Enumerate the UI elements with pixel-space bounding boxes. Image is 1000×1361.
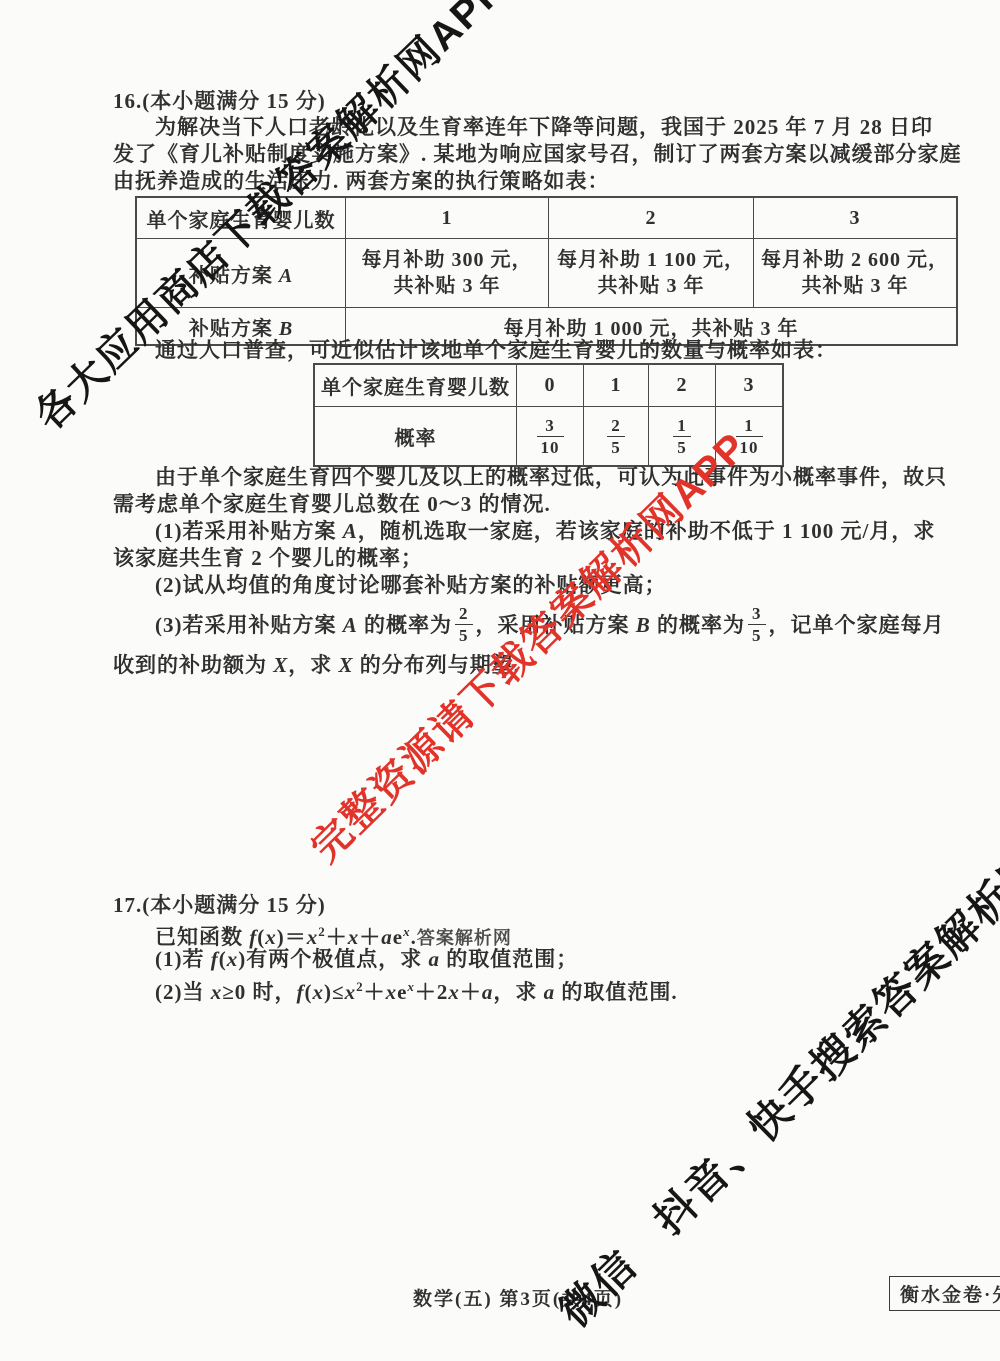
fraction-denominator: 5 — [748, 625, 766, 644]
q16-census-line: 通过人口普查，可近似估计该地单个家庭生育婴儿的数量与概率如表： — [113, 337, 837, 364]
table-row: 补贴方案 A 每月补助 300 元， 共补贴 3 年 每月补助 1 100 元，… — [136, 239, 957, 308]
fraction-numerator: 2 — [607, 417, 625, 437]
fraction: 3 10 — [537, 417, 564, 456]
fraction-numerator: 3 — [748, 605, 766, 625]
fraction-denominator: 10 — [537, 437, 564, 456]
table1-header-3: 3 — [754, 197, 958, 239]
q16-intro-line-1: 为解决当下人口老龄化以及生育率连年下降等问题，我国于 2025 年 7 月 28… — [113, 114, 962, 141]
plan-a-cell-3: 每月补助 2 600 元， 共补贴 3 年 — [754, 239, 958, 308]
table2-header-label: 单个家庭生育婴儿数 — [314, 364, 517, 407]
q16-title: 16.(本小题满分 15 分) — [113, 88, 326, 114]
fraction-numerator: 1 — [736, 417, 763, 437]
watermark-bottom-right: 微信 抖音、快手搜索答案解析网 — [544, 833, 1000, 1338]
q16-part1-line-2: 该家庭共生育 2 个婴儿的概率； — [113, 545, 935, 572]
q17-title: 17.(本小题满分 15 分) — [113, 892, 326, 918]
q16-part1: (1)若采用补贴方案 A，随机选取一家庭，若该家庭的补助不低于 1 100 元/… — [113, 518, 935, 572]
table1-header-2: 2 — [549, 197, 754, 239]
q17-part2: (2)当 x≥0 时，f(x)≤x2＋xex＋2x＋a，求 a 的取值范围. — [155, 973, 678, 1006]
table2-header-3: 3 — [716, 364, 784, 407]
q16-note-line-2: 需考虑单个家庭生育婴儿总数在 0～3 的情况. — [113, 491, 947, 518]
footer-brand-box: 衡水金卷·先 — [889, 1276, 1000, 1311]
inline-watermark: 答案解析网 — [417, 928, 512, 948]
table2-header-2: 2 — [649, 364, 716, 407]
fraction-denominator: 5 — [455, 625, 473, 644]
table-row: 单个家庭生育婴儿数 0 1 2 3 — [314, 364, 783, 407]
table1-header-1: 1 — [346, 197, 549, 239]
fraction-numerator: 2 — [455, 605, 473, 625]
q16-intro-line-2: 发了《育儿补贴制度实施方案》. 某地为响应国家号召，制订了两套方案以减缓部分家庭 — [113, 141, 962, 168]
table2-header-1: 1 — [584, 364, 649, 407]
q17-part1: (1)若 f(x)有两个极值点，求 a 的取值范围； — [155, 946, 578, 973]
plan-a-cell-2-line1: 每月补助 1 100 元， — [553, 247, 749, 273]
q16-part3-seg3: ，记单个家庭每月 — [769, 609, 945, 639]
plan-a-cell-1-line1: 每月补助 300 元， — [350, 247, 544, 273]
plan-a-cell-1-line2: 共补贴 3 年 — [350, 273, 544, 299]
fraction-numerator: 1 — [673, 417, 691, 437]
plan-a-cell-2-line2: 共补贴 3 年 — [553, 273, 749, 299]
q16-intro: 为解决当下人口老龄化以及生育率连年下降等问题，我国于 2025 年 7 月 28… — [113, 114, 962, 195]
plan-a-cell-3-line2: 共补贴 3 年 — [758, 273, 952, 299]
fraction: 2 5 — [455, 605, 473, 644]
fraction-denominator: 5 — [607, 437, 625, 456]
exam-page: 16.(本小题满分 15 分) 为解决当下人口老龄化以及生育率连年下降等问题，我… — [0, 0, 1000, 1361]
q16-part1-line-1: (1)若采用补贴方案 A，随机选取一家庭，若该家庭的补助不低于 1 100 元/… — [113, 518, 935, 545]
q16-note-line-1: 由于单个家庭生育四个婴儿及以上的概率过低，可认为此事件为小概率事件，故只 — [113, 464, 947, 491]
probability-cell-0: 3 10 — [517, 407, 584, 467]
table2-header-0: 0 — [517, 364, 584, 407]
fraction: 2 5 — [607, 417, 625, 456]
q16-part3-seg1: (3)若采用补贴方案 A 的概率为 — [155, 609, 452, 639]
plan-a-cell-2: 每月补助 1 100 元， 共补贴 3 年 — [549, 239, 754, 308]
q16-note: 由于单个家庭生育四个婴儿及以上的概率过低，可认为此事件为小概率事件，故只 需考虑… — [113, 464, 947, 518]
plan-a-cell-1: 每月补助 300 元， 共补贴 3 年 — [346, 239, 549, 308]
fraction-numerator: 3 — [537, 417, 564, 437]
plan-a-cell-3-line1: 每月补助 2 600 元， — [758, 247, 952, 273]
probability-label: 概率 — [314, 407, 517, 467]
probability-cell-1: 2 5 — [584, 407, 649, 467]
fraction: 3 5 — [748, 605, 766, 644]
